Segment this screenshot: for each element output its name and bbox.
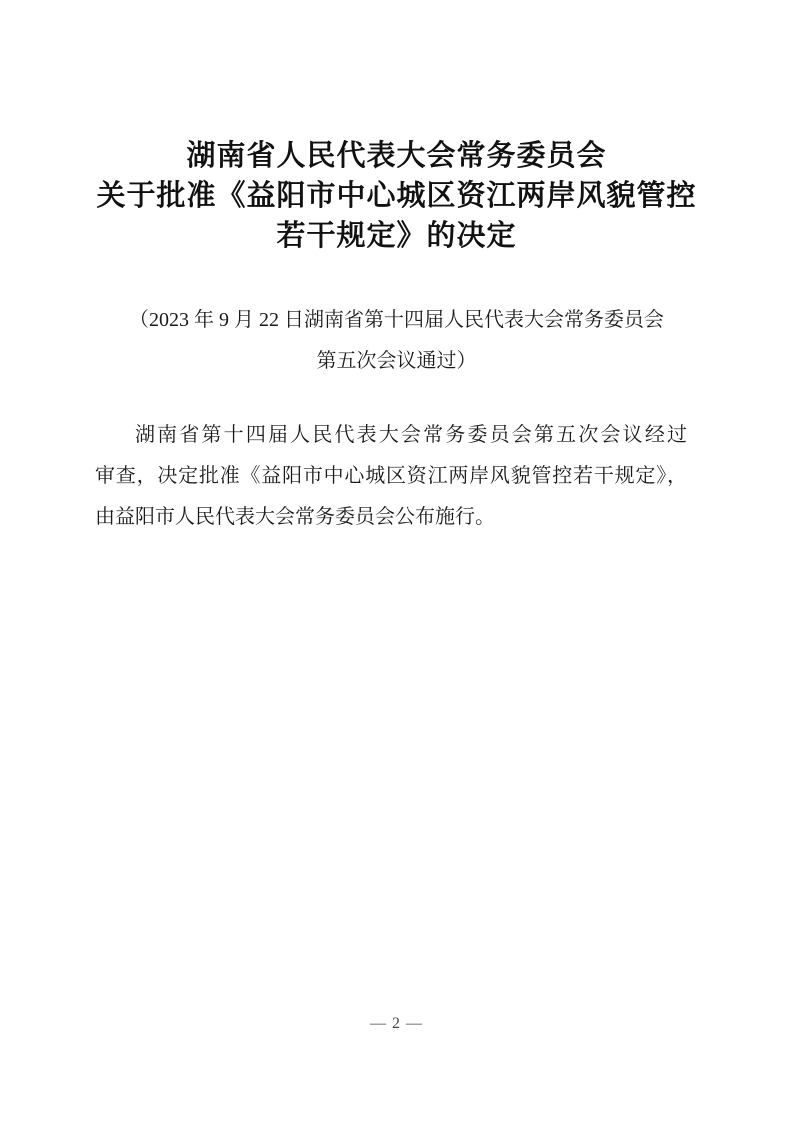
decision-body-paragraph: 湖南省第十四届人民代表大会常务委员会第五次会议经过 审查，决定批准《益阳市中心城… bbox=[95, 415, 687, 538]
page-footer: — 2 — bbox=[0, 1014, 793, 1034]
document-title-line-3: 若干规定》的决定 bbox=[0, 216, 793, 256]
body-paragraph-line-3: 由益阳市人民代表大会常务委员会公布施行。 bbox=[95, 497, 687, 538]
page-number: — 2 — bbox=[370, 1015, 423, 1032]
meeting-adoption-note-line-1: （2023 年 9 月 22 日湖南省第十四届人民代表大会常务委员会 bbox=[0, 300, 793, 341]
document-title-line-1: 湖南省人民代表大会常务委员会 bbox=[0, 136, 793, 176]
document-title: 湖南省人民代表大会常务委员会 关于批准《益阳市中心城区资江两岸风貌管控 若干规定… bbox=[0, 136, 793, 256]
body-paragraph-line-2: 审查，决定批准《益阳市中心城区资江两岸风貌管控若干规定》， bbox=[95, 456, 687, 497]
document-page: 湖南省人民代表大会常务委员会 关于批准《益阳市中心城区资江两岸风貌管控 若干规定… bbox=[0, 0, 793, 1122]
document-title-line-2: 关于批准《益阳市中心城区资江两岸风貌管控 bbox=[0, 176, 793, 216]
meeting-adoption-note-line-2: 第五次会议通过） bbox=[0, 341, 793, 382]
body-paragraph-line-1: 湖南省第十四届人民代表大会常务委员会第五次会议经过 bbox=[95, 415, 687, 456]
meeting-adoption-note: （2023 年 9 月 22 日湖南省第十四届人民代表大会常务委员会 第五次会议… bbox=[0, 300, 793, 382]
